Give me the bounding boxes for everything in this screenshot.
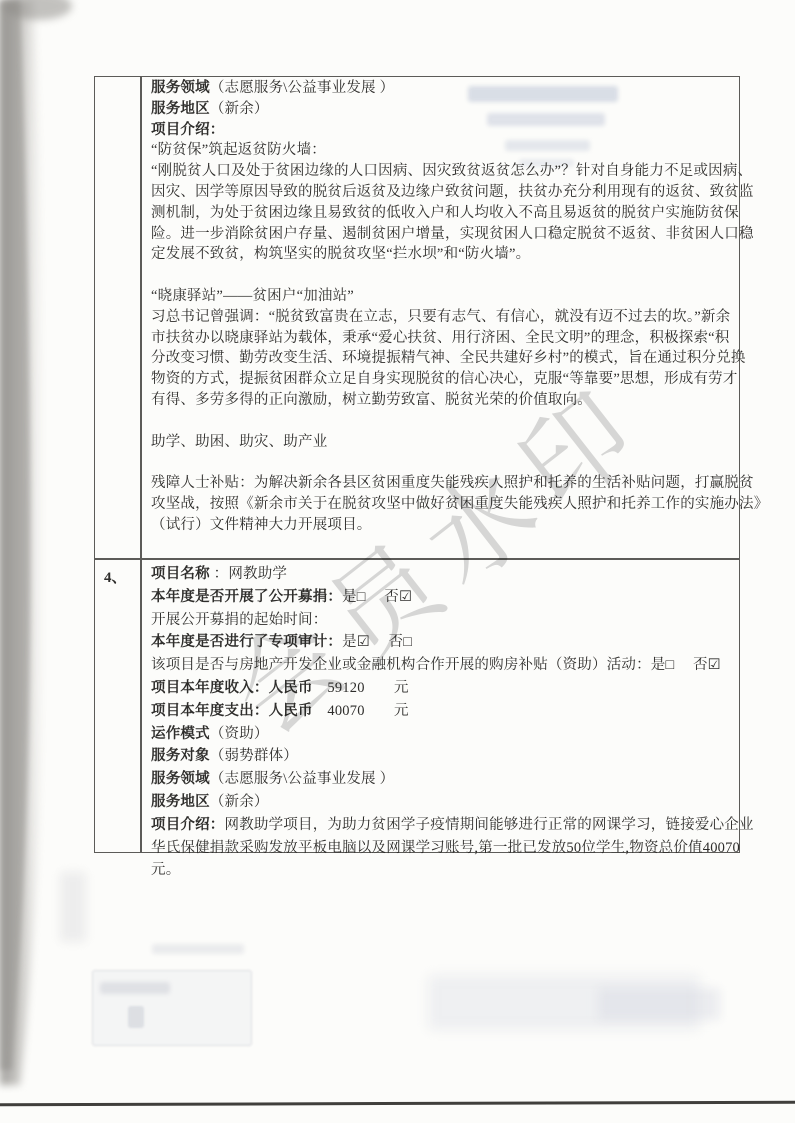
text-line: “防贫保”筑起返贫防火墙： [151, 140, 739, 161]
text-line: 服务领域（志愿服务\公益事业发展 ） [151, 78, 739, 99]
field-label: 项目介绍： [151, 817, 225, 833]
bleed-through-artifact [128, 1006, 144, 1028]
text-line: 项目介绍：网教助学项目，为助力贫困学子疫情期间能够进行正常的网课学习，链接爱心企… [151, 814, 739, 837]
row-number: 4、 [104, 566, 138, 587]
field-label: 服务领域 [151, 80, 210, 96]
text-line: 分改变习惯、勤劳改变生活、环境提振精气神、全民共建好乡村”的模式，旨在通过积分兑… [151, 348, 739, 369]
text-line: 服务地区（新余） [151, 791, 739, 814]
field-label: 服务领域 [151, 771, 210, 787]
text-line: 元。 [151, 859, 739, 882]
table-column-divider [140, 77, 142, 852]
text-line: 助学、助困、助灾、助产业 [151, 432, 739, 453]
text-line: 本年度是否开展了公开募捐：是□ 否☑ [151, 586, 739, 609]
text-line [151, 265, 739, 286]
field-label: 本年度是否进行了专项审计： [151, 634, 342, 650]
scanned-page: 服务领域（志愿服务\公益事业发展 ）服务地区（新余）项目介绍：“防贫保”筑起返贫… [0, 0, 795, 1123]
text-line [151, 452, 739, 473]
bleed-through-artifact [152, 944, 244, 954]
text-line: 项目介绍： [151, 120, 739, 141]
text-line: “晓康驿站”——贫困户“加油站” [151, 286, 739, 307]
row-lines: 服务领域（志愿服务\公益事业发展 ）服务地区（新余）项目介绍：“防贫保”筑起返贫… [151, 78, 739, 536]
text-line: 险。进一步消除贫困户存量、遏制贫困户增量，实现贫困人口稳定脱贫不返贫、非贫困人口… [151, 224, 739, 245]
row-lines: 项目名称 ：网教助学本年度是否开展了公开募捐：是□ 否☑开展公开募捐的起始时间：… [151, 563, 739, 882]
bleed-through-artifact [100, 982, 170, 994]
field-label: 运作模式 [151, 726, 210, 742]
bleed-through-artifact [428, 975, 700, 1030]
text-line: 有得、多劳多得的正向激励，树立勤劳致富、脱贫光荣的价值取向。 [151, 390, 739, 411]
text-line: 因灾、因学等原因导致的脱贫后返贫及边缘户致贫问题，扶贫办充分利用现有的返贫、致贫… [151, 182, 739, 203]
field-label: 本年度是否开展了公开募捐： [151, 589, 342, 605]
field-label: 项目名称 [151, 566, 210, 582]
scan-binding-shadow [0, 0, 90, 1123]
text-line: 测机制，为处于贫困边缘且易致贫的低收入户和人均收入不高且易返贫的脱贫户实施防贫保 [151, 203, 739, 224]
bleed-through-artifact [92, 970, 252, 1046]
text-line: 习总书记曾强调：“脱贫致富贵在立志，只要有志气、有信心，就没有迈不过去的坎。”新… [151, 307, 739, 328]
field-label: 项目本年度支出：人民币 [151, 703, 313, 719]
table-row-divider [95, 558, 739, 560]
text-line [151, 411, 739, 432]
bleed-through-artifact [598, 988, 720, 1020]
text-line: 项目本年度支出：人民币 40070 元 [151, 700, 739, 723]
text-line: 该项目是否与房地产开发企业或金融机构合作开展的购房补贴（资助）活动：是□ 否☑ [151, 654, 739, 677]
text-line: 项目名称 ：网教助学 [151, 563, 739, 586]
field-label: 服务对象 [151, 748, 210, 764]
text-line: 残障人士补贴：为解决新余各县区贫困重度失能残疾人照护和托养的生活补贴问题，打赢脱… [151, 473, 739, 494]
text-line: 物资的方式，提振贫困群众立足自身实现脱贫的信心决心，克服“等靠要”思想，形成有劳… [151, 369, 739, 390]
text-line: 华氏保健捐款采购发放平板电脑以及网课学习账号,第一批已发放50位学生,物资总价值… [151, 837, 739, 860]
text-line: 开展公开募捐的起始时间： [151, 609, 739, 632]
text-line: 本年度是否进行了专项审计：是☑ 否□ [151, 631, 739, 654]
text-line: 市扶贫办以晓康驿站为载体，秉承“爱心扶贫、用行济困、全民文明”的理念，积极探索“… [151, 328, 739, 349]
text-line: 项目本年度收入：人民币 59120 元 [151, 677, 739, 700]
text-line: “刚脱贫人口及处于贫困边缘的人口因病、因灾致贫返贫怎么办”？针对自身能力不足或因… [151, 161, 739, 182]
field-label: 服务地区 [151, 101, 210, 117]
text-line: （试行）文件精神大力开展项目。 [151, 515, 739, 536]
text-line: 定发展不致贫，构筑坚实的脱贫攻坚“拦水坝”和“防火墙”。 [151, 244, 739, 265]
text-line: 攻坚战，按照《新余市关于在脱贫攻坚中做好贫困重度失能残疾人照护和托养工作的实施办… [151, 494, 739, 515]
text-line: 服务地区（新余） [151, 99, 739, 120]
bleed-through-artifact [60, 872, 86, 942]
field-label: 项目介绍： [151, 122, 225, 138]
text-line: 服务领域（志愿服务\公益事业发展 ） [151, 768, 739, 791]
field-label: 服务地区 [151, 794, 210, 810]
text-line: 运作模式（资助） [151, 723, 739, 746]
field-label: 项目本年度收入：人民币 [151, 680, 313, 696]
report-table: 服务领域（志愿服务\公益事业发展 ）服务地区（新余）项目介绍：“防贫保”筑起返贫… [94, 76, 740, 853]
text-line: 服务对象（弱势群体） [151, 745, 739, 768]
page-bottom-scan-line [0, 1101, 795, 1106]
